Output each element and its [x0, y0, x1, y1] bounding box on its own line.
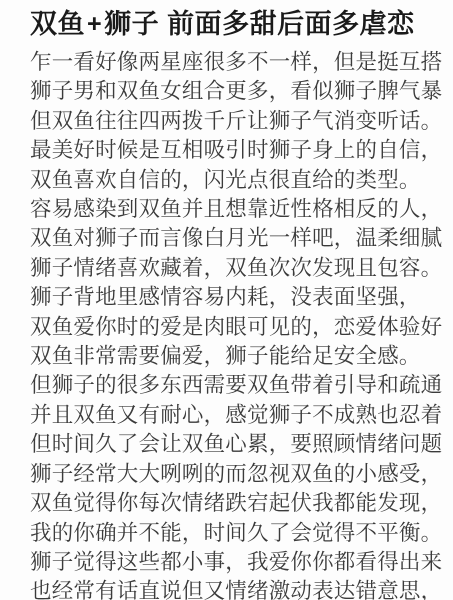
- article-body: 乍一看好像两星座很多不一样，但是挺互搭 狮子男和双鱼女组合更多，看似狮子脾气暴 …: [0, 43, 453, 600]
- text-line: 狮子男和双鱼女组合更多，看似狮子脾气暴: [30, 77, 445, 106]
- text-line: 容易感染到双鱼并且想靠近性格相反的人，: [30, 195, 445, 224]
- title-left: 双鱼: [30, 9, 85, 39]
- article-page: 双鱼+狮子 前面多甜后面多虐恋 乍一看好像两星座很多不一样，但是挺互搭 狮子男和…: [0, 0, 453, 600]
- post-title: 双鱼+狮子 前面多甜后面多虐恋: [0, 0, 453, 43]
- text-line: 狮子经常大大咧咧的而忽视双鱼的小感受，: [30, 460, 445, 489]
- text-line: 双鱼非常需要偏爱，狮子能给足安全感。: [30, 342, 445, 371]
- text-line: 最美好时候是互相吸引时狮子身上的自信，: [30, 136, 445, 165]
- text-line: 双鱼爱你时的爱是肉眼可见的，恋爱体验好: [30, 313, 445, 342]
- text-line: 双鱼喜欢自信的，闪光点很直给的类型。: [30, 166, 445, 195]
- text-line: 乍一看好像两星座很多不一样，但是挺互搭: [30, 48, 445, 77]
- text-line: 我的你确并不能，时间久了会觉得不平衡。: [30, 519, 445, 548]
- plus-icon: +: [87, 7, 102, 42]
- text-line: 并且双鱼又有耐心，感觉狮子不成熟也忍着: [30, 401, 445, 430]
- title-right: 狮子 前面多甜后面多虐恋: [104, 9, 415, 39]
- text-line: 也经常有话直说但又情绪激动表达错意思，: [30, 577, 445, 600]
- text-line: 狮子情绪喜欢藏着，双鱼次次发现且包容。: [30, 254, 445, 283]
- text-line: 双鱼对狮子而言像白月光一样吧，温柔细腻: [30, 224, 445, 253]
- text-line: 但双鱼往往四两拨千斤让狮子气消变听话。: [30, 107, 445, 136]
- text-line: 双鱼觉得你每次情绪跌宕起伏我都能发现，: [30, 489, 445, 518]
- text-line: 狮子背地里感情容易内耗，没表面坚强，: [30, 283, 445, 312]
- text-line: 狮子觉得这些都小事，我爱你你都看得出来: [30, 548, 445, 577]
- text-line: 但时间久了会让双鱼心累，要照顾情绪问题: [30, 430, 445, 459]
- text-line: 但狮子的很多东西需要双鱼带着引导和疏通: [30, 371, 445, 400]
